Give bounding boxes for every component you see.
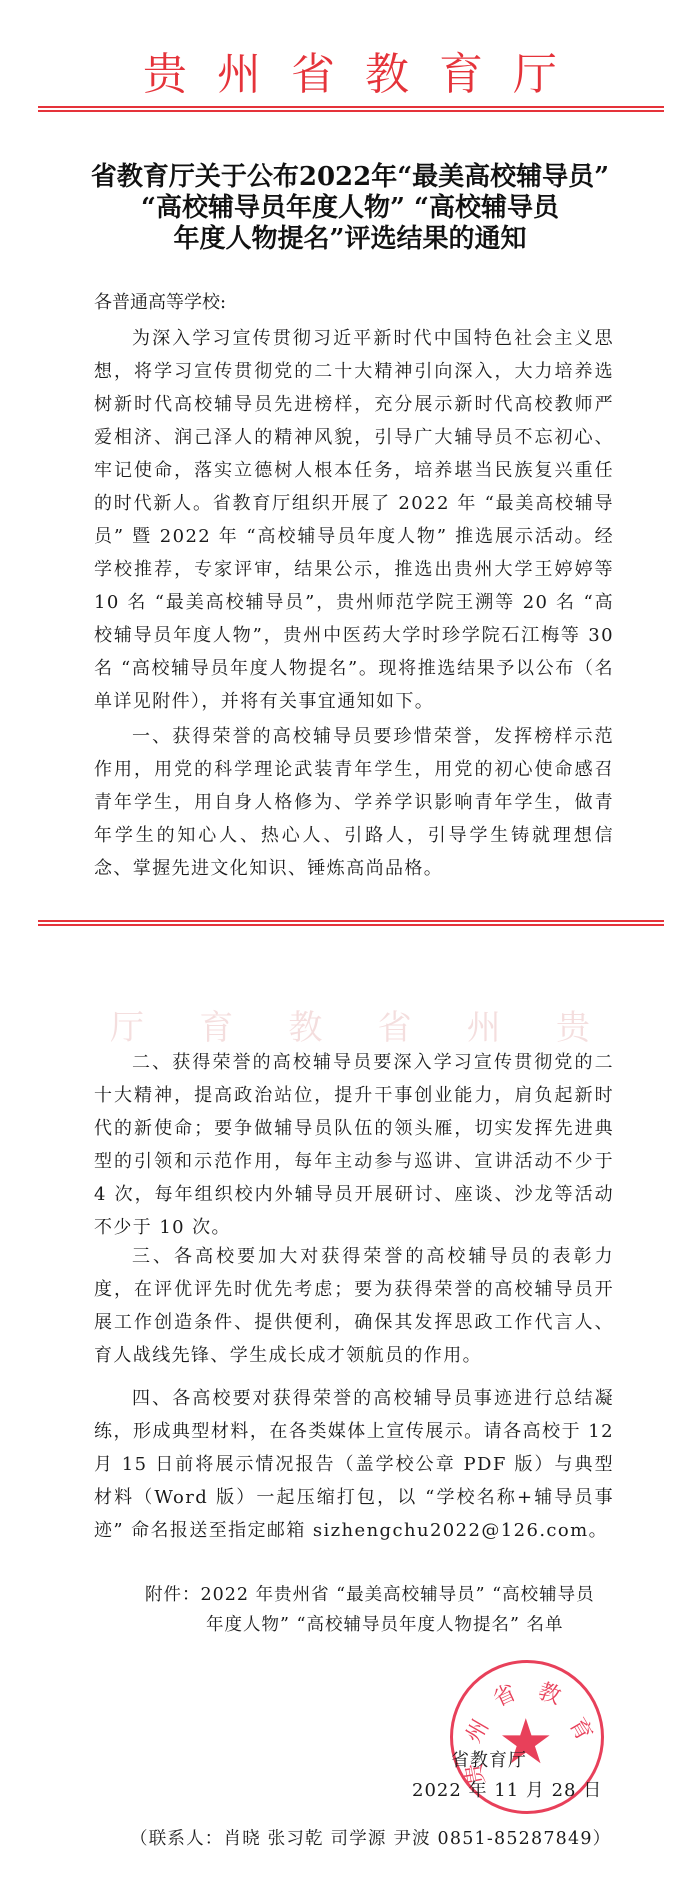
signature-date: 2022 年 11 月 28 日 xyxy=(412,1776,602,1802)
title-line-1: 省教育厅关于公布2022年“最美高校辅导员” xyxy=(0,162,700,193)
contact-info: （联系人：肖晓 张习乾 司学源 尹波 0851-85287849） xyxy=(130,1825,611,1850)
salutation: 各普通高等学校: xyxy=(94,288,226,314)
paragraph-item-3: 三、各高校要加大对获得荣誉的高校辅导员的表彰力度，在评优评先时优先考虑；要为获得… xyxy=(94,1240,614,1372)
title-line-2: “高校辅导员年度人物” “高校辅导员 xyxy=(0,193,700,224)
attachment-line-1: 附件：2022 年贵州省 “最美高校辅导员” “高校辅导员 xyxy=(145,1580,595,1610)
bleed-through-letterhead: 厅 育 教 省 州 贵 xyxy=(110,1000,590,1049)
page-footer-red-rule xyxy=(38,920,664,926)
paragraph-item-4: 四、各高校要对获得荣誉的高校辅导员事迹进行总结凝练，形成典型材料，在各类媒体上宣… xyxy=(94,1382,614,1547)
document-title: 省教育厅关于公布2022年“最美高校辅导员” “高校辅导员年度人物” “高校辅导… xyxy=(0,162,700,255)
paragraph-item-1: 一、获得荣誉的高校辅导员要珍惜荣誉，发挥榜样示范作用，用党的科学理论武装青年学生… xyxy=(94,720,614,885)
letterhead-red-rule xyxy=(38,106,664,112)
attachment-note: 附件：2022 年贵州省 “最美高校辅导员” “高校辅导员 年度人物” “高校辅… xyxy=(145,1580,595,1640)
title-line-3: 年度人物提名”评选结果的通知 xyxy=(0,224,700,255)
signature-issuer: 省教育厅 xyxy=(451,1746,527,1772)
letterhead-title: 贵州省教育厅 xyxy=(0,38,700,102)
attachment-line-2: 年度人物” “高校辅导员年度人物提名” 名单 xyxy=(145,1610,595,1640)
paragraph-intro: 为深入学习宣传贯彻习近平新时代中国特色社会主义思想，将学习宣传贯彻党的二十大精神… xyxy=(94,322,614,718)
paragraph-item-2: 二、获得荣誉的高校辅导员要深入学习宣传贯彻党的二十大精神，提高政治站位，提升干事… xyxy=(94,1046,614,1244)
